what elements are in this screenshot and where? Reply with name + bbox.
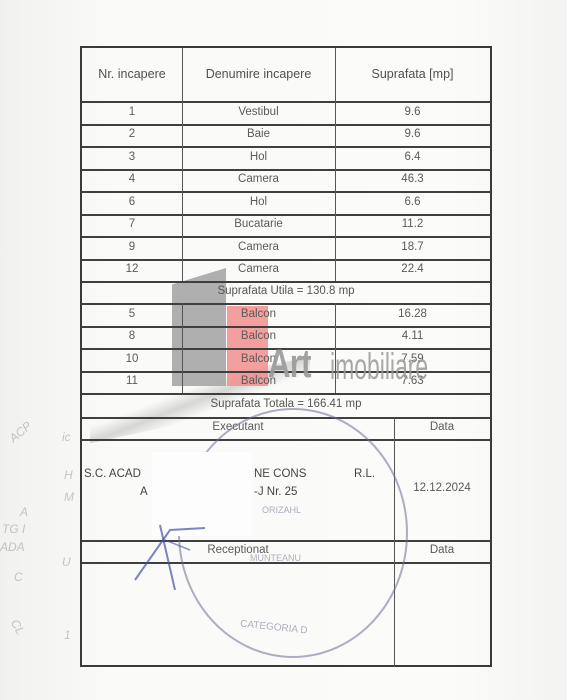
- watermark-brand-light: imobiliare: [330, 348, 428, 385]
- signature-mark: [130, 520, 220, 590]
- stamp-inner-text: MUNTEANU: [250, 553, 301, 563]
- watermark-brand-bold: Art: [268, 344, 311, 384]
- room-name: Baie: [182, 124, 335, 147]
- usable-area-summary: Suprafata Utila = 130.8 mp: [82, 281, 490, 303]
- room-name: Camera: [182, 236, 335, 259]
- room-number: 7: [82, 214, 182, 237]
- table-rule: [182, 48, 183, 281]
- balcony-name: Balcon: [182, 348, 335, 371]
- left-stamp-fragment: TG I: [2, 522, 25, 536]
- room-number: 1: [82, 101, 182, 124]
- balcony-area: 4.11: [335, 326, 490, 349]
- balcony-name: Balcon: [182, 371, 335, 394]
- left-stamp-fragment: U: [62, 555, 71, 569]
- room-name: Camera: [182, 169, 335, 192]
- room-number: 12: [82, 259, 182, 282]
- left-stamp-fragment: A: [20, 505, 28, 519]
- receptionat-date-label: Data: [394, 540, 490, 562]
- room-number: 6: [82, 191, 182, 214]
- room-area: 9.6: [335, 101, 490, 124]
- room-area: 6.4: [335, 146, 490, 169]
- balcony-name: Balcon: [182, 303, 335, 326]
- table-rule: [335, 48, 336, 281]
- balcony-area: 16.28: [335, 303, 490, 326]
- header-room-number: Nr. incapere: [82, 48, 182, 101]
- table-rule: [182, 303, 183, 393]
- room-name: Camera: [182, 259, 335, 282]
- room-area: 22.4: [335, 259, 490, 282]
- balcony-number: 8: [82, 326, 182, 349]
- room-area: 46.3: [335, 169, 490, 192]
- header-room-area: Suprafata [mp]: [335, 48, 490, 101]
- stamp-inner-text: ORIZAHL: [262, 505, 301, 515]
- room-name: Hol: [182, 146, 335, 169]
- room-name: Vestibul: [182, 101, 335, 124]
- room-number: 3: [82, 146, 182, 169]
- room-area: 11.2: [335, 214, 490, 237]
- room-number: 9: [82, 236, 182, 259]
- balcony-name: Balcon: [182, 326, 335, 349]
- balcony-number: 10: [82, 348, 182, 371]
- left-stamp-fragment: 1: [64, 628, 71, 642]
- left-stamp-fragment: H: [64, 468, 73, 482]
- room-number: 4: [82, 169, 182, 192]
- room-name: Bucatarie: [182, 214, 335, 237]
- left-stamp-fragment: ic: [62, 430, 71, 444]
- executant-date-label: Data: [394, 417, 490, 439]
- balcony-number: 11: [82, 371, 182, 394]
- left-stamp-fragment: ADA: [0, 540, 25, 554]
- executant-date: 12.12.2024: [394, 439, 490, 539]
- left-stamp-fragment: C: [14, 570, 23, 584]
- room-area: 9.6: [335, 124, 490, 147]
- room-area: 6.6: [335, 191, 490, 214]
- room-area: 18.7: [335, 236, 490, 259]
- room-name: Hol: [182, 191, 335, 214]
- room-number: 2: [82, 124, 182, 147]
- left-stamp-fragment: M: [64, 490, 74, 504]
- header-room-name: Denumire incapere: [182, 48, 335, 101]
- balcony-number: 5: [82, 303, 182, 326]
